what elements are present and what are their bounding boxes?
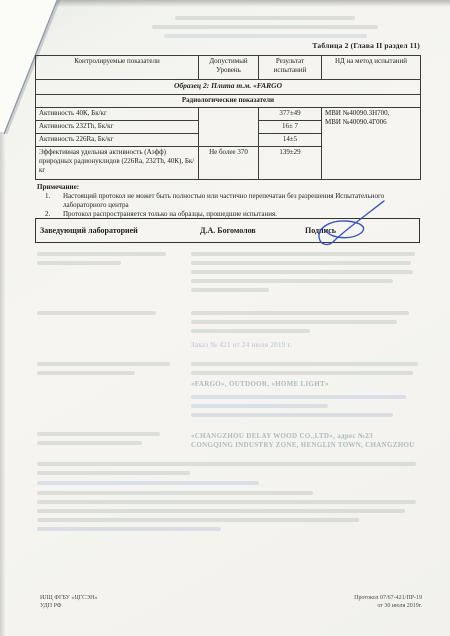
notes-title: Примечание: xyxy=(37,183,417,192)
ghost-value-col: Заказ № 421 от 24 июля 2019 г. xyxy=(191,311,420,350)
ghost-line xyxy=(37,481,259,485)
ghost-line xyxy=(191,395,406,399)
ghost-line xyxy=(37,362,170,366)
page-footer: ИЛЦ ФГБУ «ЦГСЭН» УДП РФ Протокол 07/67-4… xyxy=(40,594,422,610)
allowed-level-merged-cell xyxy=(199,108,259,147)
ghost-line xyxy=(37,527,221,531)
ghost-line xyxy=(37,252,166,256)
indicator-aeff: Эффективная удельная активность (Аэфф) п… xyxy=(36,147,199,180)
ghost-value-col xyxy=(191,252,420,297)
result-226ra: 14±5 xyxy=(259,134,322,147)
ghost-line xyxy=(191,252,415,256)
ghost-brands-line: «FARGO», OUTDOOR, «HOME LIGHT» xyxy=(191,380,420,389)
section-label: Радиологические показатели xyxy=(36,95,421,108)
ghost-line xyxy=(191,329,310,333)
signer-name: Д.А. Богомолов xyxy=(200,226,305,235)
notes-block: Примечание: 1. Настоящий протокол не мож… xyxy=(37,183,417,219)
ghost-line xyxy=(164,34,367,38)
col-header-indicators: Контролируемые показатели xyxy=(36,56,199,80)
ghost-row: «FARGO», OUTDOOR, «HOME LIGHT» xyxy=(37,362,420,422)
footer-left: ИЛЦ ФГБУ «ЦГСЭН» УДП РФ xyxy=(40,594,97,610)
ghost-line xyxy=(37,491,313,495)
ghost-order-line: Заказ № 421 от 24 июля 2019 г. xyxy=(191,341,420,350)
table-header-row: Контролируемые показатели Допустимый Уро… xyxy=(36,56,421,80)
ghost-line xyxy=(37,441,142,445)
sample-label: Образец 2: Плита т.м. «FARGO xyxy=(36,80,421,95)
ghost-value-col: «FARGO», OUTDOOR, «HOME LIGHT» xyxy=(191,362,420,422)
indicator-232th: Активность 232Th, Бк/кг xyxy=(36,121,199,134)
ghost-label-col xyxy=(37,432,177,450)
indicator-226ra: Активность 226Ra, Бк/кг xyxy=(36,134,199,147)
sample-row: Образец 2: Плита т.м. «FARGO xyxy=(36,80,421,95)
footer-protocol-number: Протокол 07/67-421/ПР-19 xyxy=(354,594,422,602)
ghost-line xyxy=(37,500,416,504)
ghost-line xyxy=(191,371,413,375)
note-number: 1. xyxy=(37,192,63,210)
ghost-line xyxy=(37,261,121,265)
bleedthrough-letterhead xyxy=(120,16,410,43)
col-header-result: Результат испытаний xyxy=(259,56,322,80)
ghost-line xyxy=(191,311,409,315)
footer-org-line2: УДП РФ xyxy=(40,602,97,610)
method-ref-cell: МВИ №40090.3Н700, МВИ №40090.4Г006 xyxy=(322,108,421,180)
scanned-protocol-page: { "caption": "Таблица 2 (Глава II раздел… xyxy=(0,0,450,636)
ghost-row: Заказ № 421 от 24 июля 2019 г. xyxy=(37,311,420,350)
ghost-paragraph xyxy=(37,462,420,531)
ghost-line xyxy=(37,462,416,466)
ghost-line xyxy=(191,404,328,408)
signature-label: Подпись xyxy=(305,226,336,235)
ghost-line xyxy=(191,288,269,292)
ghost-line xyxy=(175,16,355,20)
ghost-label-col xyxy=(37,362,177,422)
ghost-manufacturer-line2: CONGQING INDUSTRY ZONE, HENGLIN TOWN, CH… xyxy=(191,441,420,450)
bleedthrough-form: Заказ № 421 от 24 июля 2019 г. «FARGO», … xyxy=(37,252,420,536)
note-text: Настоящий протокол не может быть полност… xyxy=(63,192,417,210)
col-header-allowed-level: Допустимый Уровень xyxy=(199,56,259,80)
ghost-manufacturer-line1: «CHANGZHOU DELAY WOOD CO.,LTD», адрес №2… xyxy=(191,432,420,441)
footer-right: Протокол 07/67-421/ПР-19 от 30 июля 2019… xyxy=(354,594,422,610)
footer-org-line1: ИЛЦ ФГБУ «ЦГСЭН» xyxy=(40,594,97,602)
ghost-line xyxy=(191,362,418,366)
ghost-label-col xyxy=(37,311,177,350)
results-table: Контролируемые показатели Допустимый Уро… xyxy=(35,55,421,180)
ghost-line xyxy=(191,320,397,324)
ghost-line xyxy=(191,413,393,417)
ghost-line xyxy=(37,371,135,375)
ghost-line xyxy=(37,311,156,315)
ghost-line xyxy=(191,279,393,283)
ghost-line xyxy=(37,471,190,475)
signer-role: Заведующий лабораторией xyxy=(40,226,200,235)
ghost-line xyxy=(37,509,405,513)
ghost-row: «CHANGZHOU DELAY WOOD CO.,LTD», адрес №2… xyxy=(37,432,420,450)
indicator-40k: Активность 40К, Бк/кг xyxy=(36,108,199,121)
table-row: Активность 40К, Бк/кг 377±49 МВИ №40090.… xyxy=(36,108,421,121)
section-row: Радиологические показатели xyxy=(36,95,421,108)
allowed-level-aeff: Не более 370 xyxy=(199,147,259,180)
col-header-method: НД на метод испытаний xyxy=(322,56,421,80)
ghost-value-col: «CHANGZHOU DELAY WOOD CO.,LTD», адрес №2… xyxy=(191,432,420,450)
result-aeff: 139±29 xyxy=(259,147,322,180)
ghost-line xyxy=(37,518,359,522)
table-caption: Таблица 2 (Глава II раздел 11) xyxy=(312,41,420,50)
ghost-label-col xyxy=(37,252,177,297)
ghost-line xyxy=(152,25,378,29)
note-item: 1. Настоящий протокол не может быть полн… xyxy=(37,192,417,210)
result-232th: 16± 7 xyxy=(259,121,322,134)
ghost-line xyxy=(191,270,413,274)
ghost-line xyxy=(191,261,411,265)
ghost-row xyxy=(37,252,420,297)
signature-box: Заведующий лабораторией Д.А. Богомолов П… xyxy=(35,218,420,243)
result-40k: 377±49 xyxy=(259,108,322,121)
ghost-line xyxy=(37,432,160,436)
footer-protocol-date: от 30 июля 2019г. xyxy=(354,602,422,610)
